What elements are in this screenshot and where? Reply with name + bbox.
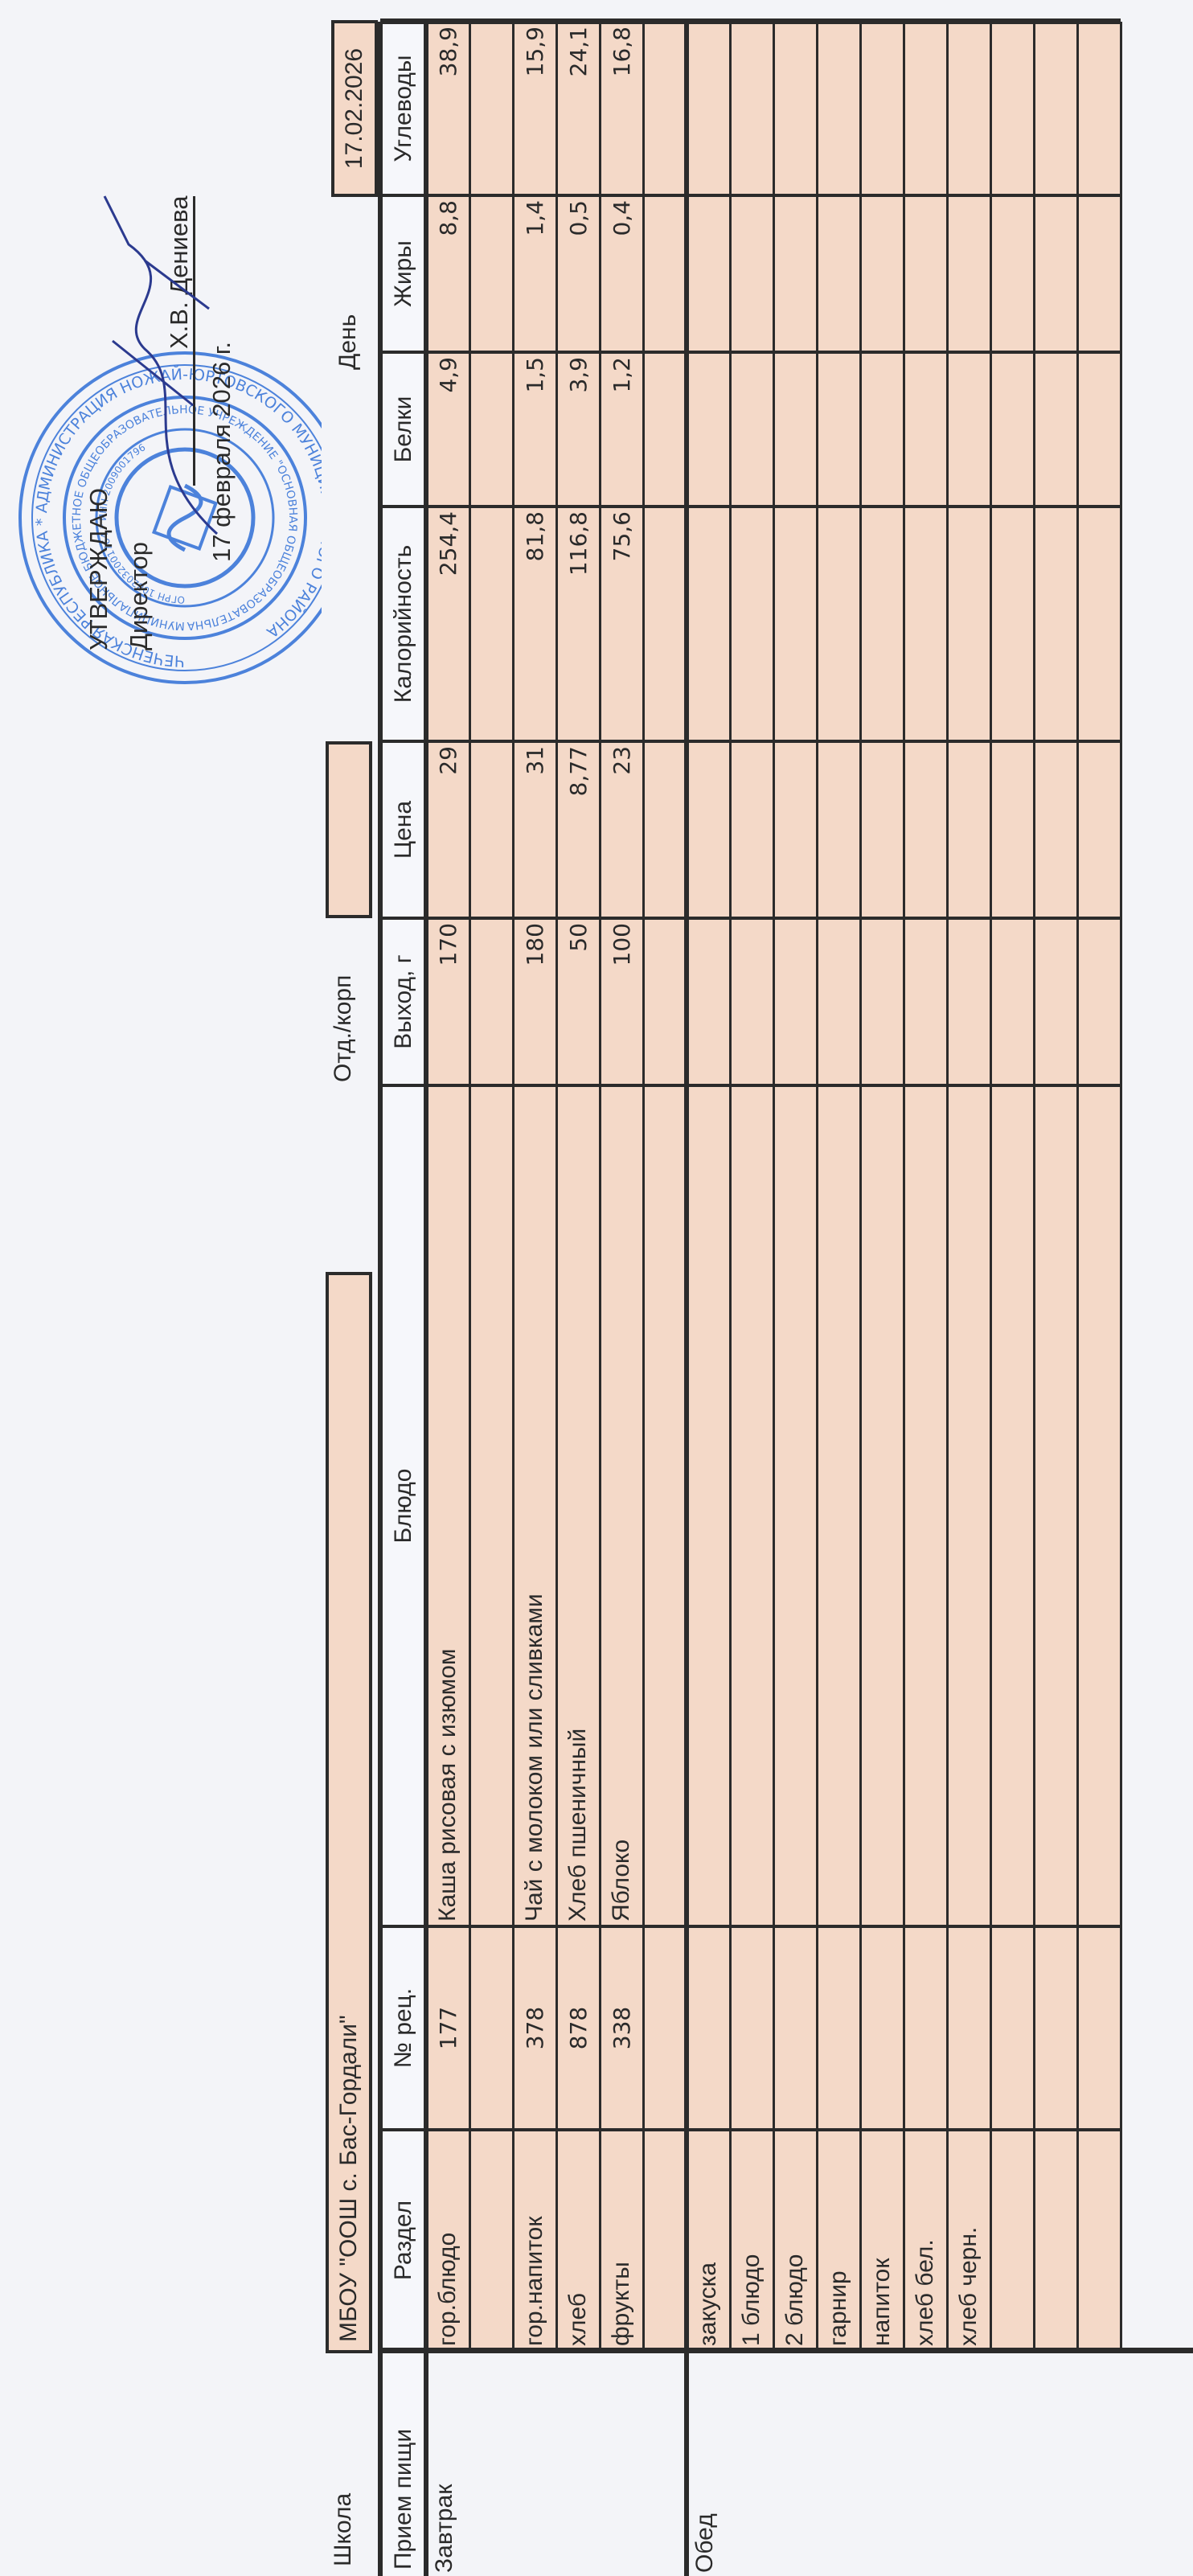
grid-line	[642, 22, 645, 2351]
cell-section[interactable]	[990, 2130, 1034, 2351]
table-row	[990, 19, 1034, 2576]
cell-price[interactable]	[860, 741, 904, 918]
cell-section[interactable]: закуска	[687, 2130, 730, 2351]
cell-dish[interactable]	[730, 1085, 773, 1926]
cell-carbs[interactable]	[730, 22, 773, 195]
cell-recipe[interactable]	[817, 1926, 860, 2130]
cell-section[interactable]	[1034, 2130, 1077, 2351]
table-row: 2 блюдо	[773, 19, 817, 2576]
grid-line	[1121, 2348, 1193, 2353]
column-header-yield: Выход, г	[380, 918, 426, 1085]
table-row: хлеб878Хлеб пшеничный508,77116,83,90,524…	[556, 19, 600, 2576]
cell-carbs[interactable]	[1034, 22, 1077, 195]
cell-protein[interactable]	[947, 352, 990, 507]
cell-fat[interactable]: 8,8	[426, 195, 469, 352]
cell-section[interactable]	[643, 2130, 687, 2351]
cell-price[interactable]	[1077, 741, 1121, 918]
cell-section[interactable]: гор.напиток	[513, 2130, 556, 2351]
cell-carbs[interactable]	[947, 22, 990, 195]
cell-price[interactable]	[730, 741, 773, 918]
cell-yield[interactable]	[469, 918, 513, 1085]
cell-protein[interactable]: 3,9	[556, 352, 600, 507]
column-header-dish: Блюдо	[380, 1085, 426, 1926]
cell-calories[interactable]	[1034, 507, 1077, 741]
cell-yield[interactable]	[1034, 918, 1077, 1085]
cell-fat[interactable]: 0,4	[600, 195, 643, 352]
cell-carbs[interactable]	[1077, 22, 1121, 195]
table-row	[1077, 19, 1121, 2576]
cell-yield[interactable]	[904, 918, 947, 1085]
cell-carbs[interactable]	[643, 22, 687, 195]
cell-protein[interactable]	[817, 352, 860, 507]
cell-price[interactable]	[1034, 741, 1077, 918]
cell-section[interactable]: 1 блюдо	[730, 2130, 773, 2351]
grid-line	[380, 194, 1121, 197]
grid-line	[380, 2348, 1121, 2353]
grid-line	[469, 22, 471, 2351]
cell-yield[interactable]	[773, 918, 817, 1085]
table-header-row: Прием пищиРаздел№ рец.БлюдоВыход, гЦенаК…	[380, 19, 426, 2576]
cell-calories[interactable]	[643, 507, 687, 741]
cell-recipe[interactable]	[990, 1926, 1034, 2130]
column-header-section: Раздел	[380, 2130, 426, 2351]
cell-fat[interactable]	[1077, 195, 1121, 352]
grid-line	[424, 22, 428, 2576]
grid-line	[378, 22, 383, 2576]
cell-protein[interactable]: 1,5	[513, 352, 556, 507]
cell-recipe[interactable]	[947, 1926, 990, 2130]
cell-yield[interactable]	[643, 918, 687, 1085]
grid-line	[380, 18, 1121, 24]
grid-line	[990, 22, 992, 2351]
cell-yield[interactable]: 50	[556, 918, 600, 1085]
table-row: фрукты338Яблоко1002375,61,20,416,8	[600, 19, 643, 2576]
cell-dish[interactable]	[773, 1085, 817, 1926]
cell-dish[interactable]: Хлеб пшеничный	[556, 1085, 600, 1926]
cell-price[interactable]	[469, 741, 513, 918]
cell-section[interactable]: фрукты	[600, 2130, 643, 2351]
cell-fat[interactable]	[730, 195, 773, 352]
school-name-value: МБОУ "ООШ с. Бас-Гордали"	[335, 2015, 363, 2342]
cell-recipe[interactable]	[860, 1926, 904, 2130]
cell-price[interactable]	[773, 741, 817, 918]
cell-price[interactable]: 29	[426, 741, 469, 918]
cell-yield[interactable]	[1077, 918, 1121, 1085]
column-header-protein: Белки	[380, 352, 426, 507]
cell-calories[interactable]	[730, 507, 773, 741]
cell-fat[interactable]	[469, 195, 513, 352]
cell-calories[interactable]: 116,8	[556, 507, 600, 741]
cell-dish[interactable]	[904, 1085, 947, 1926]
cell-calories[interactable]	[990, 507, 1034, 741]
grid-line	[380, 1925, 1121, 1928]
cell-fat[interactable]	[1034, 195, 1077, 352]
cell-carbs[interactable]	[860, 22, 904, 195]
grid-line	[556, 22, 558, 2351]
grid-line	[512, 22, 515, 2351]
cell-calories[interactable]: 81,8	[513, 507, 556, 741]
cell-yield[interactable]: 180	[513, 918, 556, 1085]
column-header-recipe: № рец.	[380, 1926, 426, 2130]
cell-calories[interactable]	[1077, 507, 1121, 741]
cell-protein[interactable]	[643, 352, 687, 507]
cell-fat[interactable]	[904, 195, 947, 352]
grid-line	[380, 2128, 1121, 2131]
cell-dish[interactable]	[1034, 1085, 1077, 1926]
cell-dish[interactable]	[1077, 1085, 1121, 1926]
table-row: гарнир	[817, 19, 860, 2576]
cell-recipe[interactable]	[773, 1926, 817, 2130]
cell-calories[interactable]	[469, 507, 513, 741]
cell-recipe[interactable]: 177	[426, 1926, 469, 2130]
grid-line	[380, 505, 1121, 508]
column-header-carbs: Углеводы	[380, 22, 426, 195]
cell-yield[interactable]	[730, 918, 773, 1085]
column-header-fat: Жиры	[380, 195, 426, 352]
cell-calories[interactable]	[860, 507, 904, 741]
cell-dish[interactable]	[817, 1085, 860, 1926]
cell-fat[interactable]	[947, 195, 990, 352]
cell-price[interactable]	[904, 741, 947, 918]
department-label: Отд./корп	[330, 975, 357, 1082]
cell-protein[interactable]	[990, 352, 1034, 507]
table-row	[469, 19, 513, 2576]
cell-carbs[interactable]: 24,1	[556, 22, 600, 195]
grid-line	[859, 22, 862, 2351]
cell-protein[interactable]	[773, 352, 817, 507]
cell-section[interactable]: 2 блюдо	[773, 2130, 817, 2351]
cell-fat[interactable]	[687, 195, 730, 352]
cell-fat[interactable]: 1,4	[513, 195, 556, 352]
cell-section[interactable]: хлеб бел.	[904, 2130, 947, 2351]
cell-recipe[interactable]	[643, 1926, 687, 2130]
cell-protein[interactable]: 1,2	[600, 352, 643, 507]
cell-carbs[interactable]: 16,8	[600, 22, 643, 195]
grid-line	[903, 22, 905, 2351]
cell-section[interactable]: хлеб	[556, 2130, 600, 2351]
cell-protein[interactable]	[730, 352, 773, 507]
cell-price[interactable]	[947, 741, 990, 918]
cell-calories[interactable]	[817, 507, 860, 741]
cell-carbs[interactable]	[904, 22, 947, 195]
grid-line	[1076, 22, 1079, 2351]
table-row: гор.блюдо177Каша рисовая с изюмом1702925…	[426, 19, 469, 2576]
grid-line	[816, 22, 818, 2351]
department-field[interactable]	[326, 741, 372, 918]
day-label: День	[334, 314, 362, 370]
cell-section[interactable]: гарнир	[817, 2130, 860, 2351]
school-name-field[interactable]: МБОУ "ООШ с. Бас-Гордали"	[326, 1272, 372, 2353]
grid-line	[946, 22, 949, 2351]
grid-line	[380, 917, 1121, 920]
table-row: хлеб бел.	[904, 19, 947, 2576]
cell-price[interactable]	[817, 741, 860, 918]
cell-carbs[interactable]	[687, 22, 730, 195]
cell-fat[interactable]	[817, 195, 860, 352]
cell-yield[interactable]	[860, 918, 904, 1085]
cell-dish[interactable]	[860, 1085, 904, 1926]
grid-line	[773, 22, 775, 2351]
cell-carbs[interactable]: 15,9	[513, 22, 556, 195]
signature-icon	[96, 180, 233, 550]
cell-protein[interactable]	[860, 352, 904, 507]
column-header-meal: Прием пищи	[380, 2351, 426, 2576]
cell-carbs[interactable]	[773, 22, 817, 195]
cell-recipe[interactable]: 378	[513, 1926, 556, 2130]
cell-dish[interactable]	[469, 1085, 513, 1926]
cell-recipe[interactable]	[730, 1926, 773, 2130]
grid-line	[380, 1084, 1121, 1087]
cell-protein[interactable]	[1034, 352, 1077, 507]
cell-dish[interactable]: Яблоко	[600, 1085, 643, 1926]
cell-dish[interactable]	[947, 1085, 990, 1926]
cell-price[interactable]	[990, 741, 1034, 918]
cell-section[interactable]	[469, 2130, 513, 2351]
cell-calories[interactable]	[947, 507, 990, 741]
cell-fat[interactable]	[773, 195, 817, 352]
cell-price[interactable]: 23	[600, 741, 643, 918]
cell-dish[interactable]: Каша рисовая с изюмом	[426, 1085, 469, 1926]
cell-price[interactable]: 31	[513, 741, 556, 918]
grid-line	[684, 22, 689, 2576]
cell-recipe[interactable]	[904, 1926, 947, 2130]
cell-section[interactable]: гор.блюдо	[426, 2130, 469, 2351]
date-value: 17.02.2026	[341, 48, 368, 169]
cell-fat[interactable]	[990, 195, 1034, 352]
cell-yield[interactable]	[817, 918, 860, 1085]
cell-recipe[interactable]	[469, 1926, 513, 2130]
cell-recipe[interactable]	[1034, 1926, 1077, 2130]
cell-yield[interactable]: 100	[600, 918, 643, 1085]
table-row: хлеб черн.	[947, 19, 990, 2576]
table-row: закуска	[687, 19, 730, 2576]
cell-carbs[interactable]	[990, 22, 1034, 195]
cell-yield[interactable]: 170	[426, 918, 469, 1085]
cell-dish[interactable]: Чай с молоком или сливками	[513, 1085, 556, 1926]
cell-protein[interactable]	[1077, 352, 1121, 507]
grid-line	[599, 22, 601, 2351]
cell-yield[interactable]	[990, 918, 1034, 1085]
cell-recipe[interactable]: 338	[600, 1926, 643, 2130]
cell-calories[interactable]	[687, 507, 730, 741]
cell-recipe[interactable]	[1077, 1926, 1121, 2130]
table-row	[1034, 19, 1077, 2576]
menu-document-page: Школа МБОУ "ООШ с. Бас-Гордали" Отд./кор…	[0, 0, 1193, 2576]
cell-recipe[interactable]	[687, 1926, 730, 2130]
table-row	[643, 19, 687, 2576]
grid-line	[1120, 22, 1122, 2351]
cell-carbs[interactable]: 38,9	[426, 22, 469, 195]
table-row: напиток	[860, 19, 904, 2576]
cell-fat[interactable]	[643, 195, 687, 352]
cell-carbs[interactable]	[469, 22, 513, 195]
cell-protein[interactable]	[687, 352, 730, 507]
grid-line	[1033, 22, 1035, 2351]
date-field[interactable]: 17.02.2026	[331, 20, 378, 197]
column-header-price: Цена	[380, 741, 426, 918]
cell-protein[interactable]	[904, 352, 947, 507]
grid-line	[380, 740, 1121, 743]
cell-calories[interactable]	[904, 507, 947, 741]
cell-protein[interactable]	[469, 352, 513, 507]
grid-line	[729, 22, 732, 2351]
approval-position: Директор	[125, 542, 154, 650]
cell-recipe[interactable]: 878	[556, 1926, 600, 2130]
cell-price[interactable]: 8,77	[556, 741, 600, 918]
cell-price[interactable]	[687, 741, 730, 918]
cell-dish[interactable]	[643, 1085, 687, 1926]
school-label: Школа	[330, 2493, 357, 2566]
cell-section[interactable]: напиток	[860, 2130, 904, 2351]
cell-fat[interactable]	[860, 195, 904, 352]
cell-dish[interactable]	[687, 1085, 730, 1926]
cell-calories[interactable]: 254,4	[426, 507, 469, 741]
cell-section[interactable]	[1077, 2130, 1121, 2351]
grid-line	[380, 351, 1121, 354]
cell-section[interactable]: хлеб черн.	[947, 2130, 990, 2351]
table-row: гор.напиток378Чай с молоком или сливками…	[513, 19, 556, 2576]
table-row: 1 блюдо	[730, 19, 773, 2576]
cell-fat[interactable]: 0,5	[556, 195, 600, 352]
cell-dish[interactable]	[990, 1085, 1034, 1926]
cell-carbs[interactable]	[817, 22, 860, 195]
cell-calories[interactable]	[773, 507, 817, 741]
cell-yield[interactable]	[947, 918, 990, 1085]
cell-price[interactable]	[643, 741, 687, 918]
cell-yield[interactable]	[687, 918, 730, 1085]
cell-calories[interactable]: 75,6	[600, 507, 643, 741]
cell-protein[interactable]: 4,9	[426, 352, 469, 507]
column-header-calories: Калорийность	[380, 507, 426, 741]
